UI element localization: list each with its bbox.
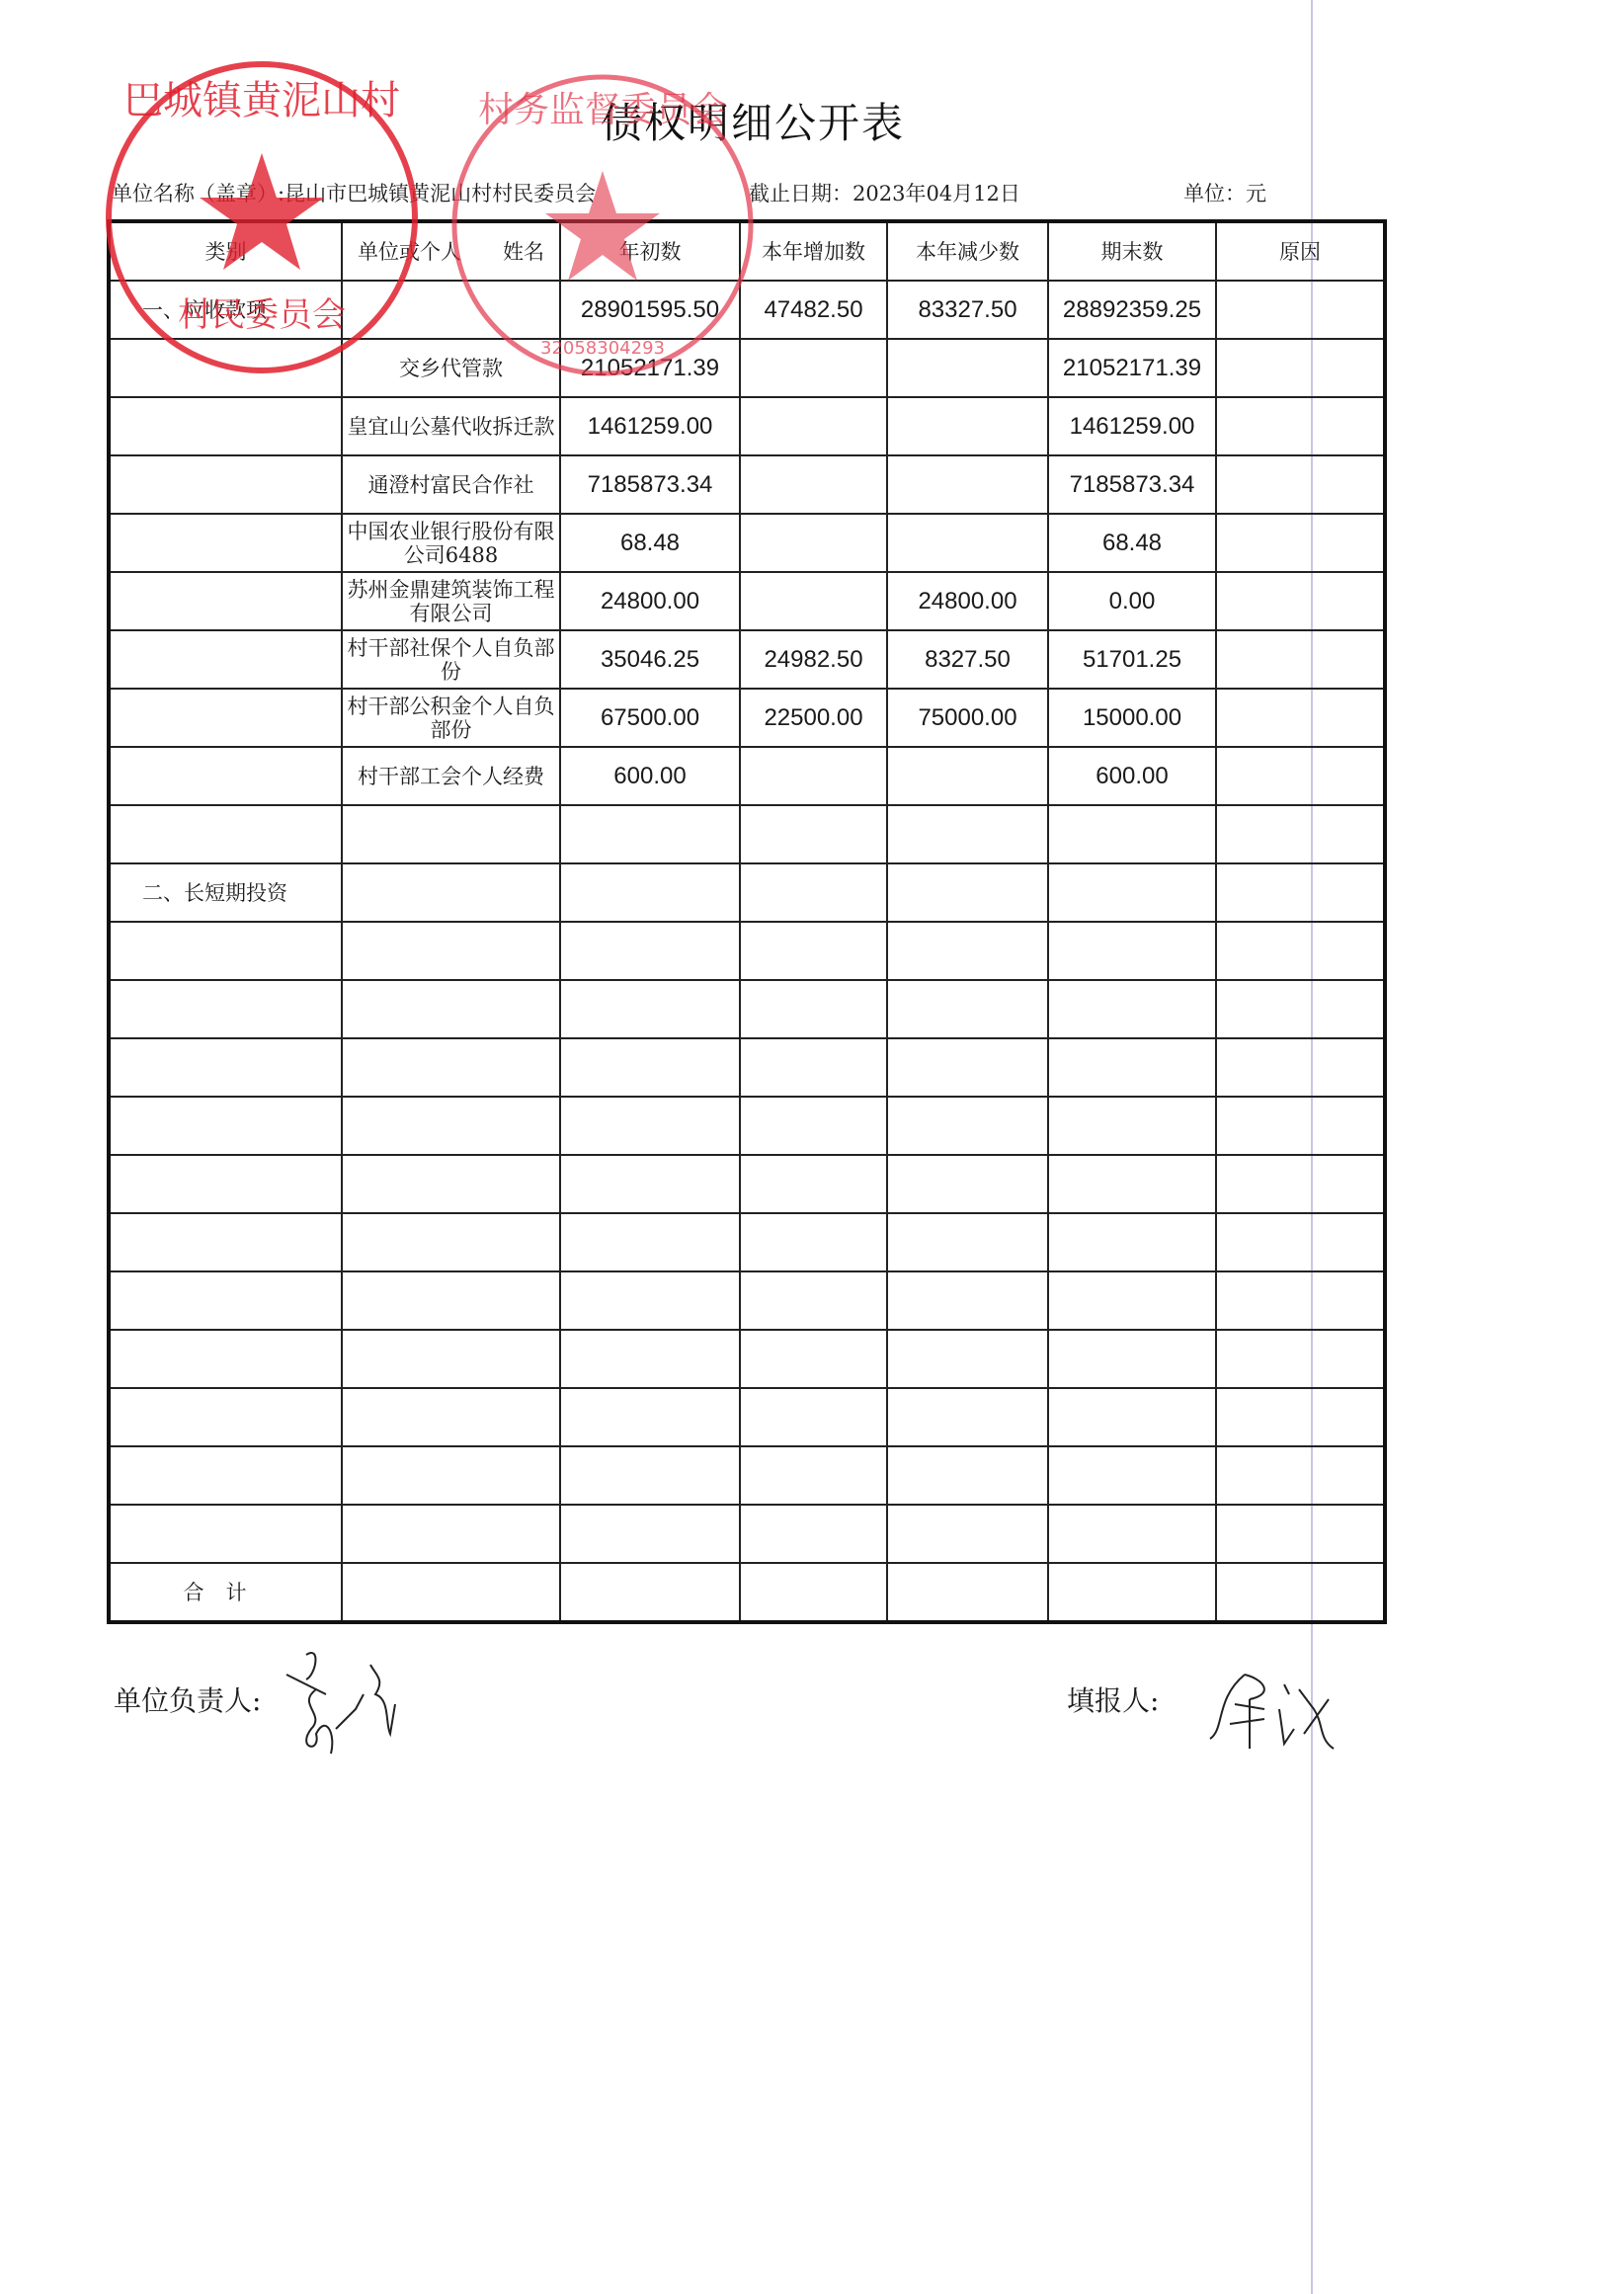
category-cell — [109, 980, 342, 1038]
reason-cell — [1216, 397, 1385, 455]
header-decrease: 本年减少数 — [887, 221, 1048, 281]
decrease-amount-cell — [887, 1155, 1048, 1213]
begin-amount-cell — [560, 1505, 740, 1563]
total-cell — [1216, 1563, 1385, 1622]
reason-cell — [1216, 1213, 1385, 1271]
total-label: 合计 — [109, 1563, 342, 1622]
table-row — [109, 1155, 1385, 1213]
increase-amount-cell: 47482.50 — [740, 281, 887, 339]
increase-amount-cell — [740, 1330, 887, 1388]
reason-cell — [1216, 514, 1385, 572]
category-cell — [109, 689, 342, 747]
decrease-amount-cell: 24800.00 — [887, 572, 1048, 630]
table-row: 一、应收款项28901595.5047482.5083327.502889235… — [109, 281, 1385, 339]
begin-amount-cell: 24800.00 — [560, 572, 740, 630]
filler-signature — [1205, 1670, 1353, 1759]
organization-label: 单位名称（盖章）:昆山市巴城镇黄泥山村村民委员会 — [112, 178, 596, 207]
decrease-amount-cell — [887, 1505, 1048, 1563]
increase-amount-cell — [740, 1505, 887, 1563]
increase-amount-cell — [740, 1155, 887, 1213]
category-cell — [109, 455, 342, 514]
begin-amount-cell — [560, 805, 740, 863]
table-row: 苏州金鼎建筑装饰工程有限公司24800.0024800.000.00 — [109, 572, 1385, 630]
increase-amount-cell — [740, 1446, 887, 1505]
reason-cell — [1216, 922, 1385, 980]
name-cell — [342, 1330, 560, 1388]
category-cell — [109, 630, 342, 689]
reason-cell — [1216, 281, 1385, 339]
category-cell — [109, 1505, 342, 1563]
table-row: 皇宜山公墓代收拆迁款1461259.001461259.00 — [109, 397, 1385, 455]
table-header-row: 类别 单位或个人 姓名 年初数 本年增加数 本年减少数 期末数 原因 — [109, 221, 1385, 281]
reason-cell — [1216, 455, 1385, 514]
header-end: 期末数 — [1048, 221, 1216, 281]
reason-cell — [1216, 1446, 1385, 1505]
name-cell: 中国农业银行股份有限公司6488 — [342, 514, 560, 572]
table-row: 中国农业银行股份有限公司648868.4868.48 — [109, 514, 1385, 572]
increase-amount-cell — [740, 514, 887, 572]
end-amount-cell — [1048, 1213, 1216, 1271]
table-row — [109, 980, 1385, 1038]
end-amount-cell — [1048, 1330, 1216, 1388]
reason-cell — [1216, 980, 1385, 1038]
reason-cell — [1216, 1155, 1385, 1213]
end-amount-cell — [1048, 1446, 1216, 1505]
category-cell — [109, 397, 342, 455]
claims-detail-table: 类别 单位或个人 姓名 年初数 本年增加数 本年减少数 期末数 原因 一、应收款… — [107, 219, 1387, 1624]
table-row: 二、长短期投资 — [109, 863, 1385, 922]
end-amount-cell — [1048, 980, 1216, 1038]
category-cell — [109, 1446, 342, 1505]
decrease-amount-cell — [887, 747, 1048, 805]
decrease-amount-cell — [887, 922, 1048, 980]
table-row: 通澄村富民合作社7185873.347185873.34 — [109, 455, 1385, 514]
decrease-amount-cell — [887, 339, 1048, 397]
increase-amount-cell — [740, 863, 887, 922]
table-row — [109, 1446, 1385, 1505]
header-name: 单位或个人 姓名 — [342, 221, 560, 281]
name-cell: 交乡代管款 — [342, 339, 560, 397]
name-cell — [342, 1388, 560, 1446]
decrease-amount-cell — [887, 514, 1048, 572]
table-row — [109, 805, 1385, 863]
end-amount-cell — [1048, 1097, 1216, 1155]
reason-cell — [1216, 747, 1385, 805]
end-amount-cell — [1048, 1038, 1216, 1097]
name-cell — [342, 922, 560, 980]
begin-amount-cell: 7185873.34 — [560, 455, 740, 514]
name-cell — [342, 1155, 560, 1213]
table-row: 村干部工会个人经费600.00600.00 — [109, 747, 1385, 805]
responsible-person-label: 单位负责人: — [114, 1680, 261, 1719]
total-cell — [740, 1563, 887, 1622]
category-cell — [109, 1097, 342, 1155]
category-cell — [109, 1038, 342, 1097]
reason-cell — [1216, 863, 1385, 922]
table-row — [109, 1038, 1385, 1097]
table-row: 交乡代管款21052171.3921052171.39 — [109, 339, 1385, 397]
table-row — [109, 1097, 1385, 1155]
increase-amount-cell: 22500.00 — [740, 689, 887, 747]
decrease-amount-cell — [887, 980, 1048, 1038]
begin-amount-cell — [560, 1213, 740, 1271]
table-row — [109, 1505, 1385, 1563]
filler-label: 填报人: — [1067, 1680, 1159, 1719]
end-amount-cell: 7185873.34 — [1048, 455, 1216, 514]
begin-amount-cell — [560, 980, 740, 1038]
name-cell — [342, 1038, 560, 1097]
reason-cell — [1216, 1330, 1385, 1388]
begin-amount-cell — [560, 863, 740, 922]
header-begin: 年初数 — [560, 221, 740, 281]
end-amount-cell — [1048, 863, 1216, 922]
table-row — [109, 1388, 1385, 1446]
begin-amount-cell: 68.48 — [560, 514, 740, 572]
end-amount-cell — [1048, 805, 1216, 863]
name-cell — [342, 1213, 560, 1271]
begin-amount-cell: 600.00 — [560, 747, 740, 805]
increase-amount-cell — [740, 1213, 887, 1271]
end-amount-cell — [1048, 1271, 1216, 1330]
reason-cell — [1216, 805, 1385, 863]
increase-amount-cell — [740, 747, 887, 805]
name-cell — [342, 805, 560, 863]
category-cell — [109, 572, 342, 630]
header-reason: 原因 — [1216, 221, 1385, 281]
decrease-amount-cell — [887, 1388, 1048, 1446]
begin-amount-cell: 28901595.50 — [560, 281, 740, 339]
table-total-row: 合计 — [109, 1563, 1385, 1622]
increase-amount-cell — [740, 455, 887, 514]
begin-amount-cell — [560, 1446, 740, 1505]
svg-text:巴城镇黄泥山村: 巴城镇黄泥山村 — [123, 78, 400, 123]
increase-amount-cell — [740, 572, 887, 630]
end-amount-cell: 0.00 — [1048, 572, 1216, 630]
table-row — [109, 922, 1385, 980]
reason-cell — [1216, 630, 1385, 689]
increase-amount-cell — [740, 922, 887, 980]
decrease-amount-cell — [887, 1213, 1048, 1271]
table-row: 村干部社保个人自负部份35046.2524982.508327.5051701.… — [109, 630, 1385, 689]
category-cell — [109, 1271, 342, 1330]
header-category: 类别 — [109, 221, 342, 281]
category-cell — [109, 1330, 342, 1388]
category-cell — [109, 922, 342, 980]
reason-cell — [1216, 1038, 1385, 1097]
name-cell — [342, 1271, 560, 1330]
end-amount-cell: 600.00 — [1048, 747, 1216, 805]
begin-amount-cell — [560, 1097, 740, 1155]
begin-amount-cell — [560, 922, 740, 980]
increase-amount-cell — [740, 1388, 887, 1446]
end-amount-cell — [1048, 922, 1216, 980]
decrease-amount-cell — [887, 455, 1048, 514]
end-amount-cell: 68.48 — [1048, 514, 1216, 572]
decrease-amount-cell: 75000.00 — [887, 689, 1048, 747]
begin-amount-cell — [560, 1271, 740, 1330]
total-cell — [1048, 1563, 1216, 1622]
total-cell — [887, 1563, 1048, 1622]
category-cell — [109, 1155, 342, 1213]
name-cell: 苏州金鼎建筑装饰工程有限公司 — [342, 572, 560, 630]
name-cell: 村干部工会个人经费 — [342, 747, 560, 805]
begin-amount-cell — [560, 1330, 740, 1388]
table-row — [109, 1271, 1385, 1330]
decrease-amount-cell — [887, 1038, 1048, 1097]
name-cell — [342, 1097, 560, 1155]
total-cell — [560, 1563, 740, 1622]
begin-amount-cell: 67500.00 — [560, 689, 740, 747]
name-cell — [342, 1505, 560, 1563]
name-cell: 通澄村富民合作社 — [342, 455, 560, 514]
reason-cell — [1216, 1505, 1385, 1563]
reason-cell — [1216, 339, 1385, 397]
begin-amount-cell — [560, 1155, 740, 1213]
end-amount-cell — [1048, 1155, 1216, 1213]
begin-amount-cell: 21052171.39 — [560, 339, 740, 397]
name-cell: 皇宜山公墓代收拆迁款 — [342, 397, 560, 455]
total-cell — [342, 1563, 560, 1622]
name-cell: 村干部公积金个人自负部份 — [342, 689, 560, 747]
name-cell — [342, 980, 560, 1038]
end-amount-cell: 1461259.00 — [1048, 397, 1216, 455]
table-row: 村干部公积金个人自负部份67500.0022500.0075000.001500… — [109, 689, 1385, 747]
end-amount-cell: 21052171.39 — [1048, 339, 1216, 397]
begin-amount-cell: 35046.25 — [560, 630, 740, 689]
decrease-amount-cell — [887, 805, 1048, 863]
name-cell — [342, 1446, 560, 1505]
begin-amount-cell — [560, 1388, 740, 1446]
decrease-amount-cell — [887, 1446, 1048, 1505]
decrease-amount-cell: 83327.50 — [887, 281, 1048, 339]
end-amount-cell — [1048, 1505, 1216, 1563]
header-increase: 本年增加数 — [740, 221, 887, 281]
reason-cell — [1216, 1388, 1385, 1446]
decrease-amount-cell — [887, 1330, 1048, 1388]
category-cell — [109, 747, 342, 805]
category-cell — [109, 1213, 342, 1271]
category-cell — [109, 1388, 342, 1446]
increase-amount-cell: 24982.50 — [740, 630, 887, 689]
reason-cell — [1216, 689, 1385, 747]
name-cell — [342, 863, 560, 922]
decrease-amount-cell — [887, 397, 1048, 455]
name-cell — [342, 281, 560, 339]
end-amount-cell: 15000.00 — [1048, 689, 1216, 747]
end-amount-cell — [1048, 1388, 1216, 1446]
decrease-amount-cell — [887, 863, 1048, 922]
increase-amount-cell — [740, 1038, 887, 1097]
increase-amount-cell — [740, 805, 887, 863]
end-amount-cell: 28892359.25 — [1048, 281, 1216, 339]
currency-unit-label: 单位：元 — [1183, 178, 1266, 207]
table-row — [109, 1330, 1385, 1388]
reason-cell — [1216, 1271, 1385, 1330]
category-cell — [109, 805, 342, 863]
category-cell — [109, 339, 342, 397]
begin-amount-cell: 1461259.00 — [560, 397, 740, 455]
category-cell: 一、应收款项 — [109, 281, 342, 339]
responsible-signature — [277, 1635, 474, 1773]
increase-amount-cell — [740, 339, 887, 397]
increase-amount-cell — [740, 1271, 887, 1330]
increase-amount-cell — [740, 397, 887, 455]
name-cell: 村干部社保个人自负部份 — [342, 630, 560, 689]
decrease-amount-cell: 8327.50 — [887, 630, 1048, 689]
category-cell: 二、长短期投资 — [109, 863, 342, 922]
increase-amount-cell — [740, 980, 887, 1038]
reason-cell — [1216, 1097, 1385, 1155]
cutoff-date-label: 截止日期：2023年04月12日 — [749, 178, 1020, 207]
decrease-amount-cell — [887, 1097, 1048, 1155]
decrease-amount-cell — [887, 1271, 1048, 1330]
increase-amount-cell — [740, 1097, 887, 1155]
page-title: 债权明细公开表 — [601, 91, 905, 150]
begin-amount-cell — [560, 1038, 740, 1097]
reason-cell — [1216, 572, 1385, 630]
category-cell — [109, 514, 342, 572]
table-row — [109, 1213, 1385, 1271]
end-amount-cell: 51701.25 — [1048, 630, 1216, 689]
